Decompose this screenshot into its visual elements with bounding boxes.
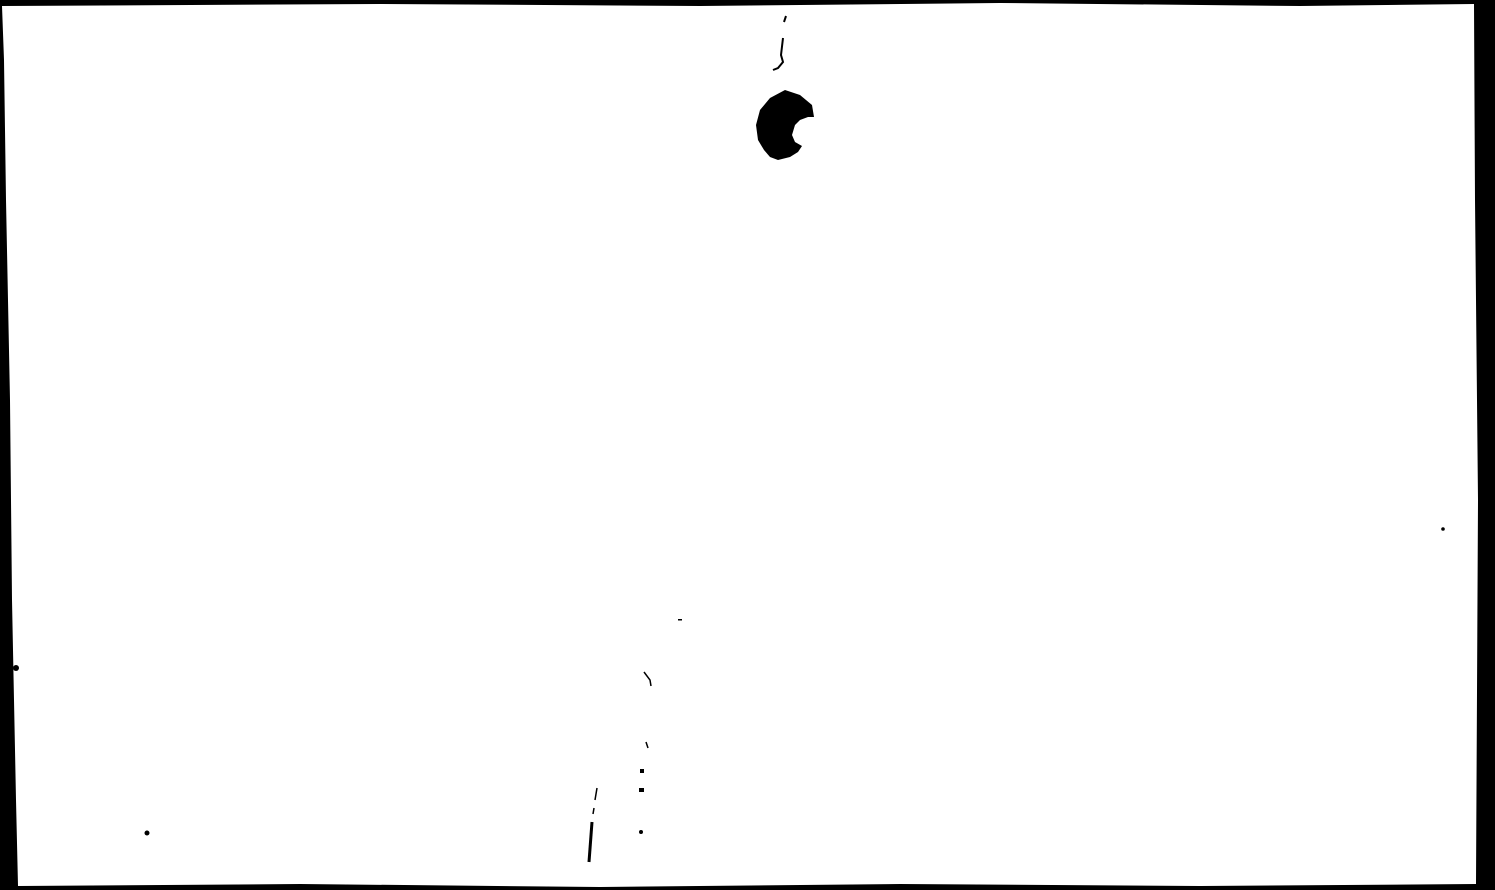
- binarized-photo: [0, 0, 1495, 890]
- white-field: [2, 3, 1478, 887]
